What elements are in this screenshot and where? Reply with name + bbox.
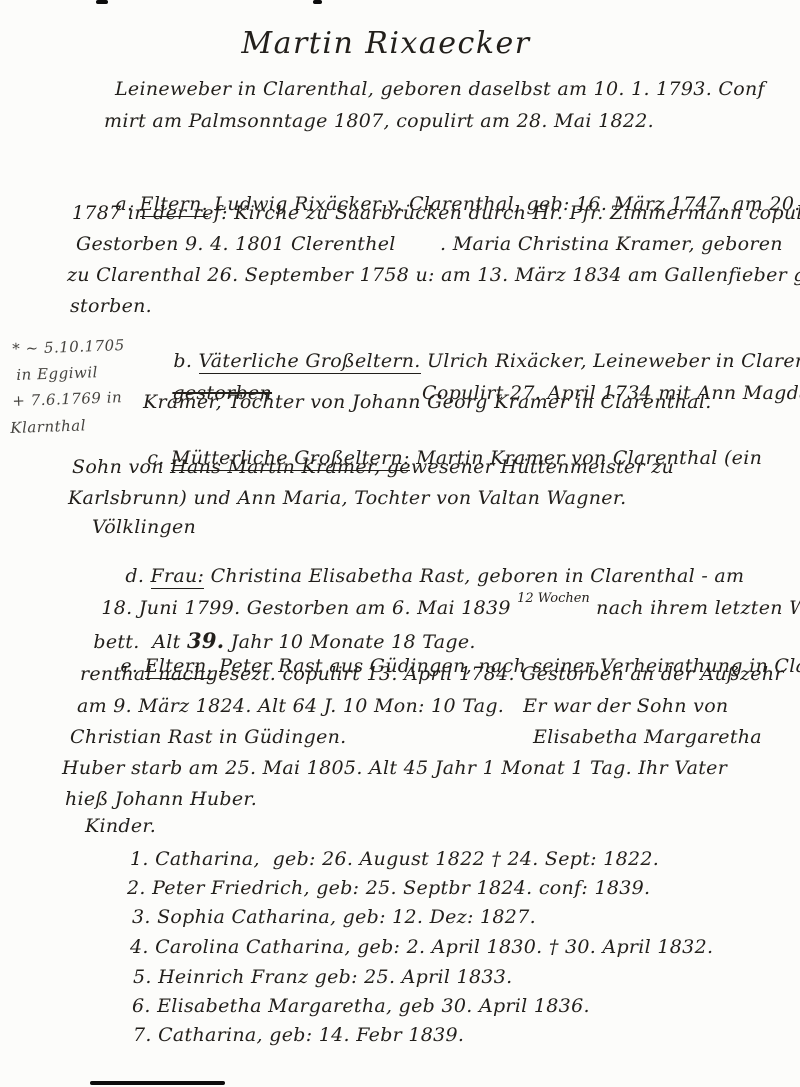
child-entry-3: 3. Sophia Catharina, geb: 12. Dez: 1827. — [132, 906, 536, 929]
child-entry-1: 1. Catharina, geb: 26. August 1822 † 24.… — [130, 848, 659, 871]
scan-artifact — [90, 1081, 225, 1085]
child-entry-6: 6. Elisabetha Margaretha, geb 30. April … — [132, 995, 590, 1018]
children-heading: Kinder. — [85, 815, 156, 838]
intro-line-2: mirt am Palmsonntage 1807, copulirt am 2… — [104, 110, 654, 133]
section-c-line-4: Völklingen — [92, 516, 196, 539]
child-entry-5: 5. Heinrich Franz geb: 25. April 1833. — [133, 966, 512, 989]
margin-note-line-2: in Eggiwil — [16, 363, 98, 384]
scan-artifact — [313, 0, 322, 4]
child-entry-2: 2. Peter Friedrich, geb: 25. Septbr 1824… — [127, 877, 650, 900]
section-e-line-4-right: Elisabetha Margaretha — [533, 726, 762, 749]
section-e-line-4-left: Christian Rast in Güdingen. — [70, 726, 347, 749]
section-a-line-3: Gestorben 9. 4. 1801 Clerenthel . Maria … — [76, 233, 783, 256]
margin-note-line-4: Klarnthal — [10, 416, 86, 437]
margin-note-line-3: + 7.6.1769 in — [12, 388, 122, 410]
child-entry-4: 4. Carolina Catharina, geb: 2. April 183… — [130, 936, 713, 959]
section-c-line-2: Sohn von Hans Martin Kramer, gewesener H… — [72, 456, 674, 479]
manuscript-page: Martin Rixaecker Leineweber in Clarentha… — [0, 0, 800, 1087]
section-e-line-6: hieß Johann Huber. — [65, 788, 257, 811]
inserted-note: 12 Wochen — [517, 591, 590, 606]
section-d-line-2-post: nach ihrem letzten Wochen — [590, 597, 800, 619]
section-e-line-3: am 9. März 1824. Alt 64 J. 10 Mon: 10 Ta… — [77, 695, 728, 718]
section-c-line-3: Karlsbrunn) und Ann Maria, Tochter von V… — [68, 487, 626, 510]
section-e-line-5: Huber starb am 25. Mai 1805. Alt 45 Jahr… — [62, 757, 727, 780]
section-a-line-4: zu Clarenthal 26. September 1758 u: am 1… — [67, 264, 800, 287]
page-title: Martin Rixaecker — [0, 26, 772, 61]
scan-artifact — [96, 0, 108, 4]
section-e-line-2: renthal nachgesezt. copulirt 13. April 1… — [80, 663, 784, 686]
section-b-line-3: Kramer, Tochter von Johann Georg Kramer … — [143, 391, 712, 414]
child-entry-7: 7. Catharina, geb: 14. Febr 1839. — [133, 1024, 464, 1047]
section-a-line-2: 1787 in der ref: Kirche zu Saarbrücken d… — [72, 202, 800, 225]
section-a-line-5: storben. — [70, 295, 152, 318]
intro-line-1: Leineweber in Clarenthal, geboren daselb… — [115, 78, 765, 101]
margin-note-line-1: * ~ 5.10.1705 — [12, 336, 125, 358]
